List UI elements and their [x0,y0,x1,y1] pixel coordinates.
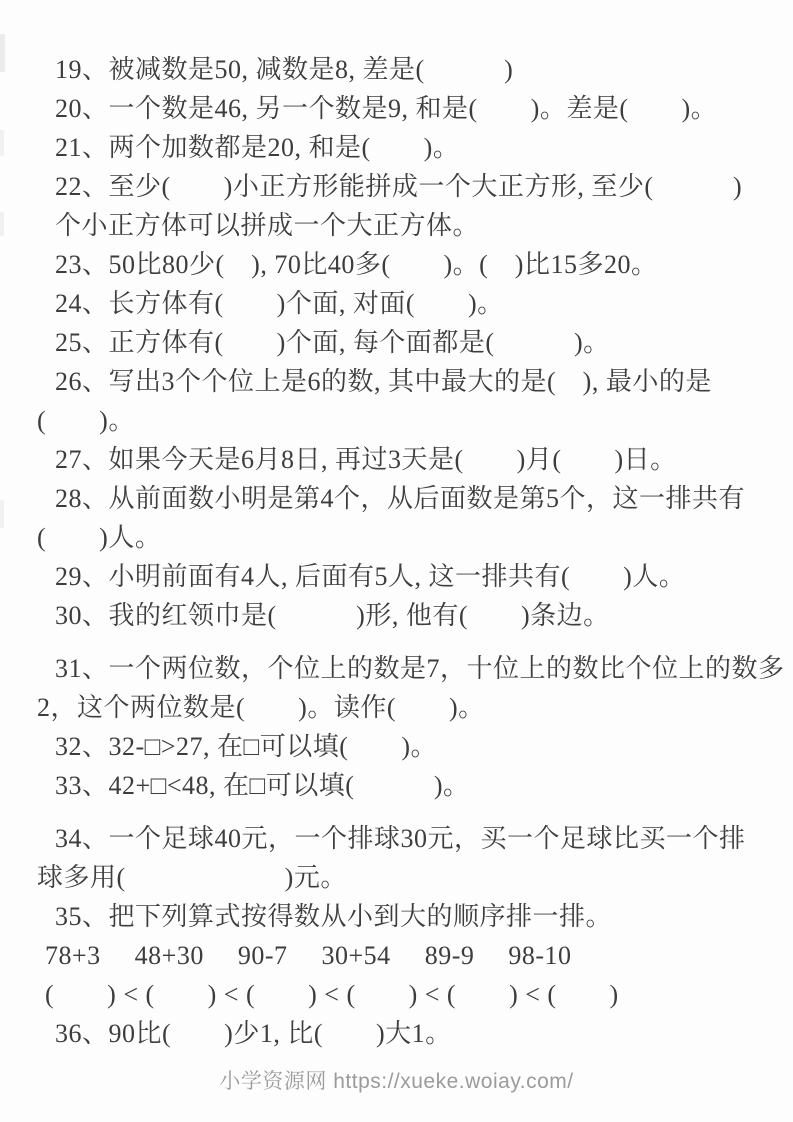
question-line-22: 22、至少( )小正方形能拼成一个大正方形, 至少( ) [55,167,785,206]
question-line-29: 29、小明前面有4人, 后面有5人, 这一排共有( )人。 [55,557,785,596]
expression: 98-10 [508,936,571,975]
expression: 78+3 [45,936,101,975]
question-line-26: 26、写出3个个位上是6的数, 其中最大的是( ), 最小的是 [55,362,785,401]
scan-artifact [0,130,4,156]
question-line-27: 27、如果今天是6月8日, 再过3天是( )月( )日。 [55,440,785,479]
expression: 90-7 [238,936,288,975]
question-line-28: 28、从前面数小明是第4个，从后面数是第5个，这一排共有 [55,479,785,518]
question-line-22-continuation: 个小正方体可以拼成一个大正方体。 [55,206,785,245]
expression: 89-9 [425,936,475,975]
scan-artifact [0,212,4,236]
question-line-34: 34、一个足球40元，一个排球30元，买一个足球比买一个排 [55,819,785,858]
question-line-35: 35、把下列算式按得数从小到大的顺序排一排。 [55,897,785,936]
scan-artifact [0,34,5,72]
question-line-31: 31、一个两位数，个位上的数是7，十位上的数比个位上的数多 [55,649,785,688]
question-line-34-continuation: 球多用( )元。 [37,858,785,897]
worksheet-page: { "page": { "background_color": "#fdfdfd… [0,0,793,1122]
question-line-33: 33、42+□<48, 在□可以填( )。 [55,766,785,805]
scan-artifact [0,500,4,528]
question-line-25: 25、正方体有( )个面, 每个面都是( )。 [55,323,785,362]
question-line-23: 23、50比80少( ), 70比40多( )。( )比15多20。 [55,245,785,284]
question-line-19: 19、被减数是50, 减数是8, 差是( ) [55,50,785,89]
expression-row: 78+3 48+30 90-7 30+54 89-9 98-10 [45,936,785,975]
question-line-32: 32、32-□>27, 在□可以填( )。 [55,727,785,766]
question-line-36: 36、90比( )少1, 比( )大1。 [55,1014,785,1053]
question-line-21: 21、两个加数都是20, 和是( )。 [55,128,785,167]
question-line-30: 30、我的红领巾是( )形, 他有( )条边。 [55,596,785,635]
question-line-31-continuation: 2，这个两位数是( )。读作( )。 [37,688,785,727]
question-line-20: 20、一个数是46, 另一个数是9, 和是( )。差是( )。 [55,89,785,128]
comparison-row: ( ) < ( ) < ( ) < ( ) < ( ) < ( ) [45,975,785,1014]
footer-watermark: 小学资源网 https://xueke.woiay.com/ [0,1069,793,1095]
worksheet: 19、被减数是50, 减数是8, 差是( ) 20、一个数是46, 另一个数是9… [0,0,793,1053]
expression: 48+30 [135,936,204,975]
expression: 30+54 [322,936,391,975]
question-line-28-continuation: ( )人。 [37,518,785,557]
question-line-26-continuation: ( )。 [37,401,785,440]
question-line-24: 24、长方体有( )个面, 对面( )。 [55,284,785,323]
